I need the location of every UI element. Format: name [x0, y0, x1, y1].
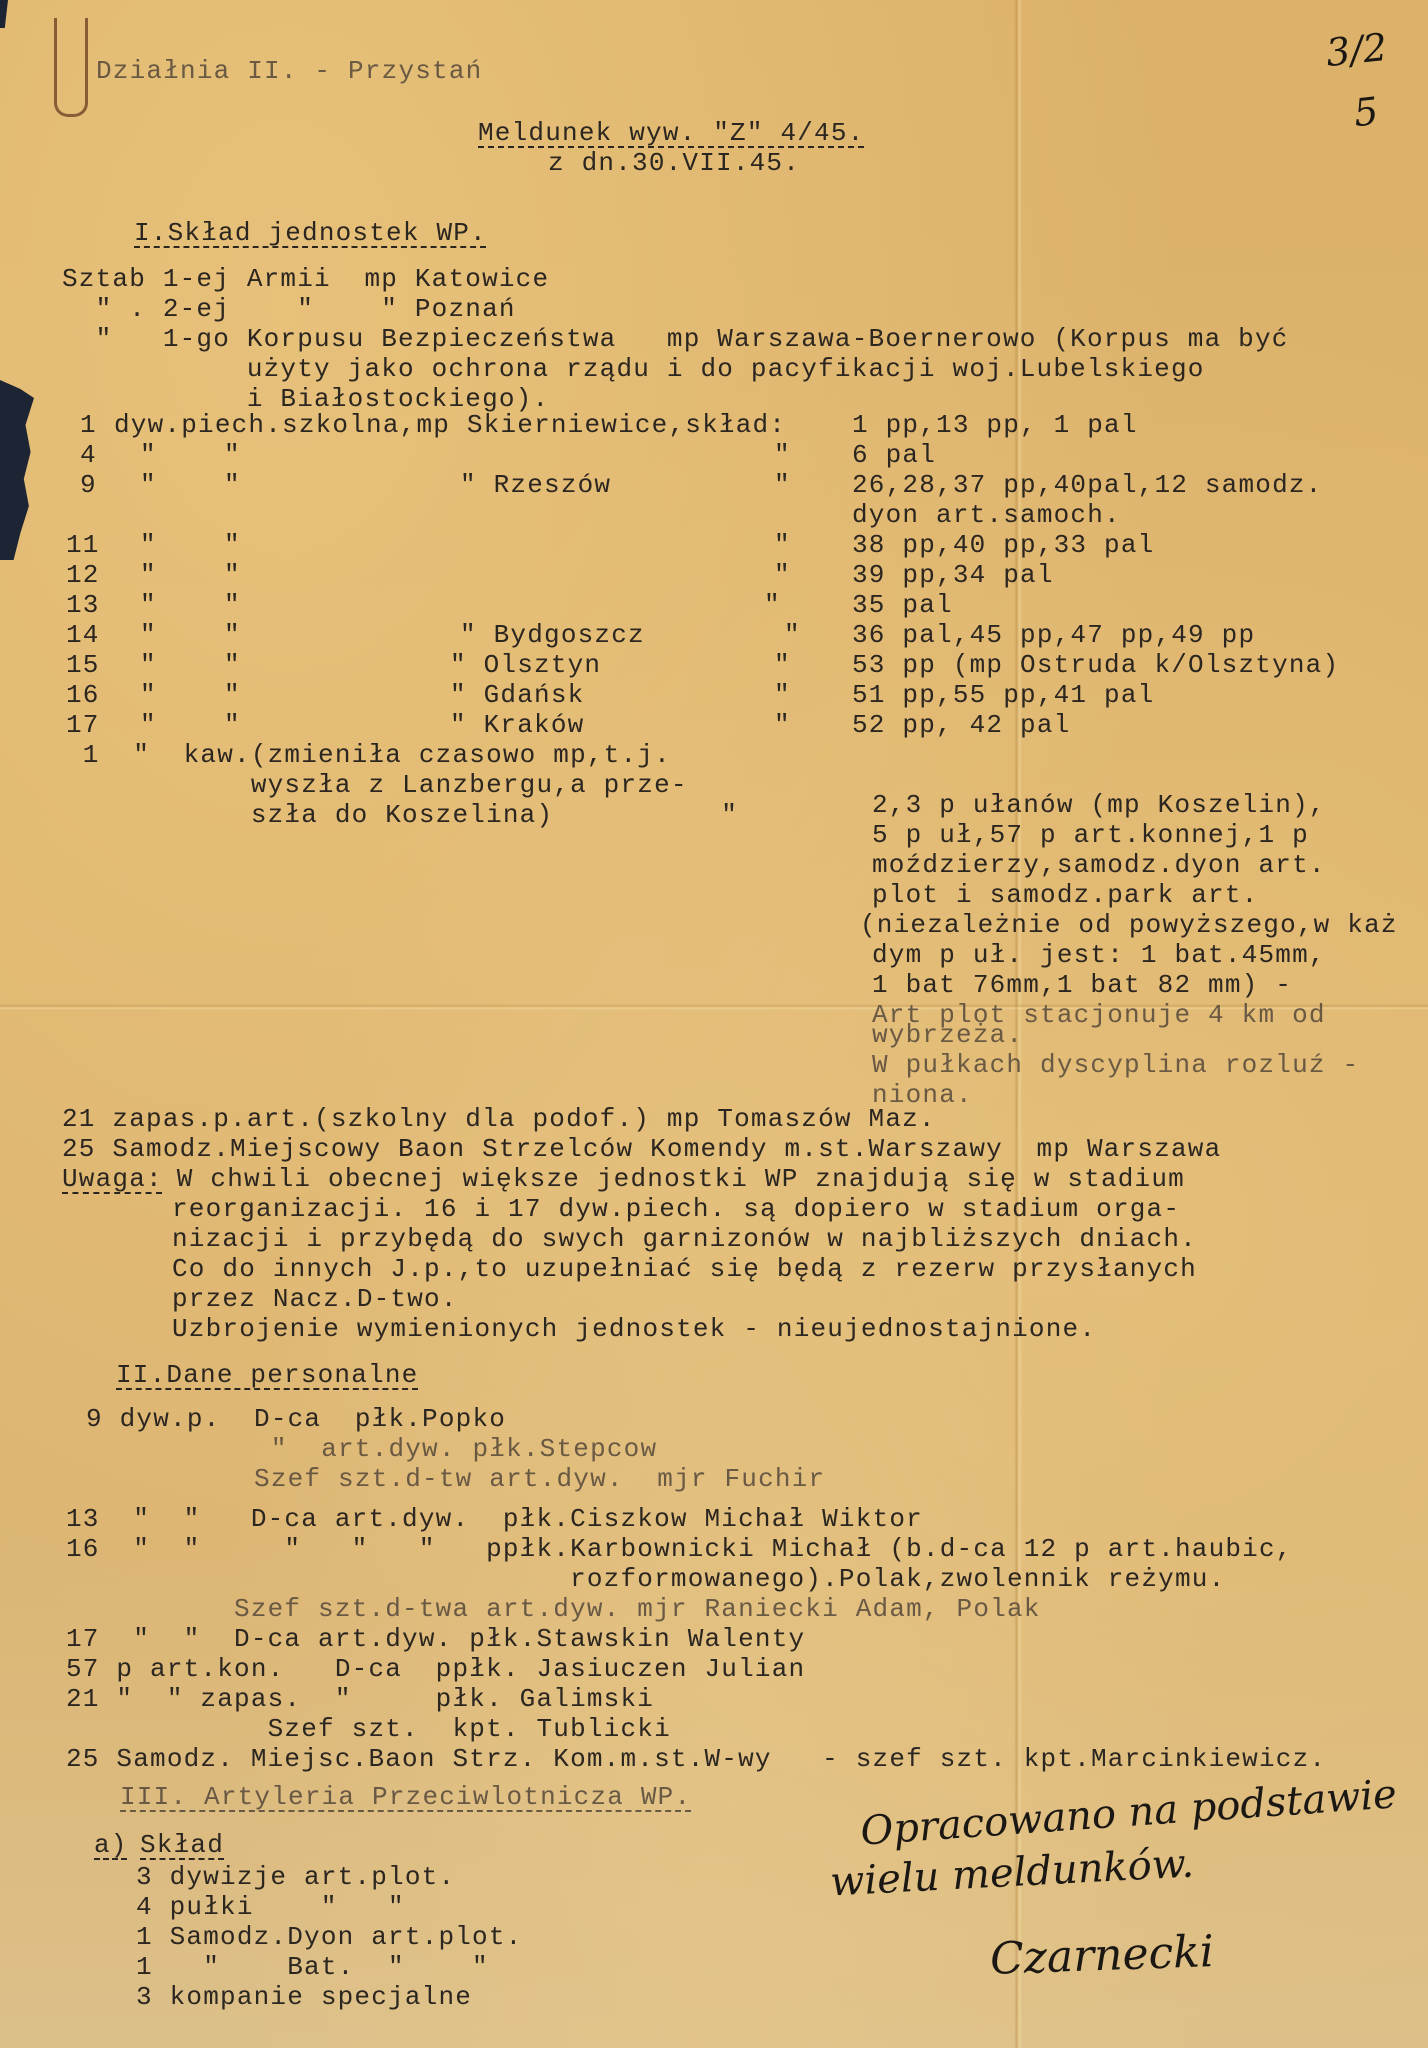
division-no: 12 — [66, 560, 100, 590]
division-location: " Olsztyn — [450, 650, 601, 680]
subsection-title: Skład — [140, 1830, 224, 1860]
division-no: 16 — [66, 680, 100, 710]
signature: Czarnecki — [989, 1926, 1215, 1985]
division-ditto: " — [774, 470, 791, 500]
other-unit-line: 21 zapas.p.art.(szkolny dla podof.) mp T… — [62, 1104, 936, 1134]
division-no: 4 — [80, 440, 97, 470]
division-units: 1 pp,13 pp, 1 pal — [852, 410, 1138, 440]
cavalry-left-line: wyszła z Lanzbergu,a prze- — [66, 770, 688, 800]
cavalry-right-line: 1 bat 76mm,1 bat 82 mm) - — [872, 970, 1292, 1000]
division-ditto: " — [774, 680, 791, 710]
division-type: " " — [140, 620, 241, 650]
division-type: " " — [140, 530, 241, 560]
cavalry-right-line: dym p uł. jest: 1 bat.45mm, — [872, 940, 1326, 970]
note-line: Uzbrojenie wymienionych jednostek - nieu… — [172, 1314, 1096, 1344]
subsection-label: a) — [94, 1830, 128, 1860]
personnel-line: 13 " " D-ca art.dyw. płk.Ciszkow Michał … — [66, 1504, 923, 1534]
division-type: " " — [140, 680, 241, 710]
division-location: " Kraków — [450, 710, 584, 740]
division-units: 36 pal,45 pp,47 pp,49 pp — [852, 620, 1255, 650]
division-type: " " — [140, 710, 241, 740]
division-ditto: " — [774, 440, 791, 470]
note-line: nizacji i przybędą do swych garnizonów w… — [172, 1224, 1197, 1254]
document-date: z dn.30.VII.45. — [548, 148, 800, 178]
personnel-line: Szef szt.d-twa art.dyw. mjr Raniecki Ada… — [66, 1594, 1041, 1624]
aa-item: 1 " Bat. " " — [136, 1952, 489, 1982]
division-ditto: " — [774, 710, 791, 740]
note-line: przez Nacz.D-two. — [172, 1284, 458, 1314]
page-mark-top: 3/2 — [1324, 25, 1389, 75]
division-units: dyon art.samoch. — [852, 500, 1121, 530]
section-3-title: III. Artyleria Przeciwlotnicza WP. — [120, 1782, 691, 1812]
division-ditto: " — [774, 530, 791, 560]
personnel-line: 17 " " D-ca art.dyw. płk.Stawskin Walent… — [66, 1624, 805, 1654]
cavalry-right-line: W pułkach dyscyplina rozluź - — [872, 1050, 1359, 1080]
division-units: 38 pp,40 pp,33 pal — [852, 530, 1154, 560]
cavalry-left-line: szła do Koszelina) " — [66, 800, 738, 830]
division-units: 6 pal — [852, 440, 936, 470]
division-no: 13 — [66, 590, 100, 620]
division-ditto: " — [764, 590, 781, 620]
division-units: 39 pp,34 pal — [852, 560, 1054, 590]
document-heading-left: Działnia II. - Przystań — [96, 56, 482, 86]
cavalry-right-line: (niezależnie od powyższego,w każ — [860, 910, 1398, 940]
division-units: 53 pp (mp Ostruda k/Olsztyna) — [852, 650, 1339, 680]
paperclip-stain-icon — [54, 18, 88, 117]
division-no: 11 — [66, 530, 100, 560]
personnel-line: 9 dyw.p. D-ca płk.Popko — [86, 1404, 506, 1434]
division-units: 52 pp, 42 pal — [852, 710, 1070, 740]
division-type: " " — [140, 560, 241, 590]
section-1-title: I.Skład jednostek WP. — [134, 218, 487, 248]
division-units: 35 pal — [852, 590, 953, 620]
division-no: 17 — [66, 710, 100, 740]
personnel-line: Szef szt. kpt. Tublicki — [66, 1714, 671, 1744]
cavalry-right-line: 2,3 p ułanów (mp Koszelin), — [872, 790, 1326, 820]
cavalry-right-line: wybrzeża. — [872, 1020, 1023, 1050]
aa-item: 4 pułki " " — [136, 1892, 405, 1922]
division-no: 14 — [66, 620, 100, 650]
personnel-line: 25 Samodz. Miejsc.Baon Strz. Kom.m.st.W-… — [66, 1744, 1326, 1774]
other-unit-line: 25 Samodz.Miejscowy Baon Strzelców Komen… — [62, 1134, 1221, 1164]
division-location: " Gdańsk — [450, 680, 584, 710]
personnel-line: 57 p art.kon. D-ca ppłk. Jasiuczen Julia… — [66, 1654, 805, 1684]
note-line: reorganizacji. 16 i 17 dyw.piech. są dop… — [172, 1194, 1180, 1224]
division-ditto: " — [774, 650, 791, 680]
staff-line: użyty jako ochrona rządu i do pacyfikacj… — [62, 354, 1205, 384]
note-label: Uwaga: — [62, 1164, 163, 1194]
aa-item: 3 kompanie specjalne — [136, 1982, 472, 2012]
section-2-title: II.Dane personalne — [116, 1360, 418, 1390]
personnel-line: 16 " " " " " ppłk.Karbownicki Michał (b.… — [66, 1534, 1293, 1564]
division-type: dyw.piech.szkolna,mp Skierniewice,skład: — [114, 410, 786, 440]
division-type: " " — [140, 470, 241, 500]
page-mark-bottom: 5 — [1352, 89, 1381, 135]
division-ditto: " — [784, 620, 801, 650]
division-type: " " — [140, 590, 241, 620]
aa-item: 3 dywizje art.plot. — [136, 1862, 455, 1892]
division-location: " Rzeszów — [460, 470, 611, 500]
note-line: Co do innych J.p.,to uzupełniać się będą… — [172, 1254, 1197, 1284]
staff-line: " . 2-ej " " Poznań — [62, 294, 516, 324]
cavalry-right-line: plot i samodz.park art. — [872, 880, 1258, 910]
division-type: " " — [140, 650, 241, 680]
division-type: " " — [140, 440, 241, 470]
division-ditto: " — [774, 560, 791, 590]
note-line: W chwili obecnej większe jednostki WP zn… — [160, 1164, 1185, 1194]
division-no: 15 — [66, 650, 100, 680]
division-units: 51 pp,55 pp,41 pal — [852, 680, 1154, 710]
division-no: 1 — [80, 410, 97, 440]
cavalry-right-line: 5 p uł,57 p art.konnej,1 p — [872, 820, 1309, 850]
personnel-line: rozformowanego).Polak,zwolennik reżymu. — [66, 1564, 1225, 1594]
personnel-line: " art.dyw. płk.Stepcow — [86, 1434, 657, 1464]
staff-line: Sztab 1-ej Armii mp Katowice — [62, 264, 549, 294]
aa-item: 1 Samodz.Dyon art.plot. — [136, 1922, 522, 1952]
document-title: Meldunek wyw. "Z" 4/45. — [478, 118, 864, 148]
cavalry-right-line: moździerzy,samodz.dyon art. — [872, 850, 1326, 880]
cavalry-left-line: 1 " kaw.(zmieniła czasowo mp,t.j. — [66, 740, 671, 770]
staff-line: " 1-go Korpusu Bezpieczeństwa mp Warszaw… — [62, 324, 1289, 354]
personnel-line: Szef szt.d-tw art.dyw. mjr Fuchir — [86, 1464, 825, 1494]
division-location: " Bydgoszcz — [460, 620, 645, 650]
division-no: 9 — [80, 470, 97, 500]
personnel-line: 21 " " zapas. " płk. Galimski — [66, 1684, 654, 1714]
division-units: 26,28,37 pp,40pal,12 samodz. — [852, 470, 1322, 500]
